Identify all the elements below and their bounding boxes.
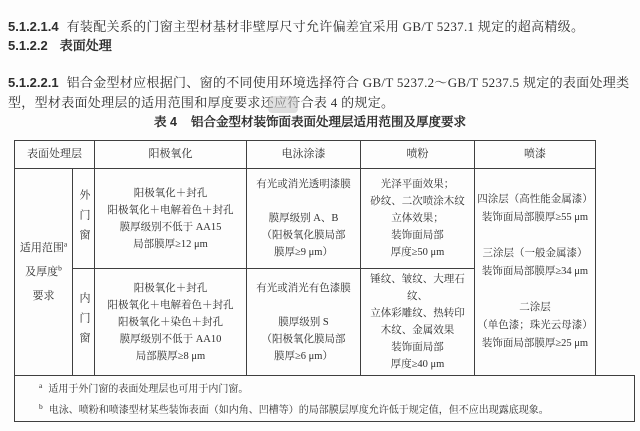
table-number: 表 4 [154,115,177,129]
footnote-a-marker: a [39,381,42,390]
cell-line: 阳极氧化＋封孔 [134,280,208,297]
cell-line: 有光或消光有色漆膜 [256,280,351,297]
cell-line: 阳极氧化＋电解着色＋封孔 [108,202,234,219]
table-title-text: 铝合金型材装饰面表面处理层适用范围及厚度要求 [191,115,466,129]
cell-line: 锤纹、皱纹、大理石纹、 [361,271,474,305]
cell-line: 厚度≥40 μm [391,356,445,373]
cell-electrophoretic-interior: 有光或消光有色漆膜 膜厚级别 S（阳极氧化膜局部膜厚≥6 μm） [247,269,361,375]
cell-line: 有光或消光透明漆膜 [256,176,351,193]
cell-line: 装饰面局部 [391,339,444,356]
cell-scope-thickness-label: 适用范围a 及厚度b 要求 [15,169,73,375]
cell-line: 木纹、金属效果 [381,322,455,339]
clause-number: 5.1.2.2.1 [8,75,59,90]
cell-powder-exterior: 光泽平面效果；砂纹、二次喷涂木纹立体效果；装饰面局部厚度≥50 μm [361,169,475,269]
cell-line: 膜厚级别 A、B [269,210,339,227]
cell-line: 局部膜厚≥8 μm [136,348,205,365]
cell-line: 阳极氧化＋染色＋封孔 [118,314,223,331]
section-heading: 5.1.2.2表面处理 [8,35,112,54]
cell-line: 局部膜厚≥12 μm [133,236,208,253]
cell-line: 膜厚级别不低于 AA10 [120,331,222,348]
paragraph-5-1-2-2-1: 5.1.2.2.1铝合金型材应根据门、窗的不同使用环境选择符合 GB/T 523… [8,73,636,113]
cell-anodizing-interior: 阳极氧化＋封孔阳极氧化＋电解着色＋封孔阳极氧化＋染色＋封孔膜厚级别不低于 AA1… [95,269,247,375]
cell-line: 三涂层（一般金属漆） [483,245,588,263]
cell-line: 装饰面局部 [391,227,444,244]
paragraph-5-1-2-1-4: 5.1.2.1.4有装配关系的门窗主型材基材非壁厚尺寸允许偏差宜采用 GB/T … [8,17,636,37]
header-paint-coating: 喷漆 [475,141,595,169]
cell-line [534,227,537,245]
heading-text: 表面处理 [60,38,112,53]
table-footnotes: a适用于外门窗的表面处理层也可用于内门窗。 b电泳、喷粉和喷漆型材某些装饰表面（… [14,375,635,422]
cell-interior-door-window: 内门窗 [73,269,95,375]
paragraph-text: 铝合金型材应根据门、窗的不同使用环境选择符合 GB/T 5237.2～GB/T … [8,75,629,110]
cell-electrophoretic-exterior: 有光或消光透明漆膜 膜厚级别 A、B（阳极氧化膜局部膜厚≥9 μm） [247,169,361,269]
cell-line: 装饰面局部膜厚≥25 μm [482,335,588,353]
cell-paint-coating-merged: 四涂层（高性能金属漆）装饰面局部膜厚≥55 μm 三涂层（一般金属漆）装饰面局部… [475,169,595,375]
cell-exterior-door-window: 外门窗 [73,169,95,269]
cell-line [534,281,537,299]
paragraph-text: 有装配关系的门窗主型材基材非壁厚尺寸允许偏差宜采用 GB/T 5237.1 规定… [67,19,585,34]
cell-line: 膜厚≥9 μm） [274,244,333,261]
header-surface-layer: 表面处理层 [15,141,95,169]
cell-line: 立体彩雕纹、热转印 [370,305,465,322]
cell-line: 四涂层（高性能金属漆） [477,191,593,209]
cell-powder-interior: 锤纹、皱纹、大理石纹、立体彩雕纹、热转印木纹、金属效果装饰面局部厚度≥40 μm [361,269,475,375]
cell-line: 厚度≥50 μm [391,244,445,261]
label-line-3: 要求 [33,284,55,308]
heading-number: 5.1.2.2 [8,38,48,53]
footnote-a-text: 适用于外门窗的表面处理层也可用于内门窗。 [48,384,248,395]
cell-line: 二涂层 [519,299,551,317]
document-page: 5.1.2.1.4有装配关系的门窗主型材基材非壁厚尺寸允许偏差宜采用 GB/T … [0,0,640,431]
header-powder-coating: 喷粉 [361,141,475,169]
cell-line: 阳极氧化＋封孔 [134,185,208,202]
table-title: 表 4铝合金型材装饰面表面处理层适用范围及厚度要求 [0,112,620,130]
cell-line: 光泽平面效果； [381,176,455,193]
cell-line: （单色漆；珠光云母漆） [477,317,593,335]
label-line-2: 及厚度b [25,260,62,284]
label-line-1: 适用范围a [20,236,67,260]
header-electrophoretic-coating: 电泳涂漆 [247,141,361,169]
cell-line: 膜厚级别 S [278,314,328,331]
table-4: 表面处理层 阳极氧化 电泳涂漆 喷粉 喷漆 适用范围a 及厚度b 要求 外门窗 … [14,140,596,375]
cell-line: 阳极氧化＋电解着色＋封孔 [108,297,234,314]
cell-line: （阳极氧化膜局部 [262,227,346,244]
cell-line: 膜厚级别不低于 AA15 [120,219,222,236]
cell-anodizing-exterior: 阳极氧化＋封孔阳极氧化＋电解着色＋封孔膜厚级别不低于 AA15局部膜厚≥12 μ… [95,169,247,269]
cell-line [302,297,305,314]
cell-line: 立体效果； [391,210,444,227]
footnote-b-text: 电泳、喷粉和喷漆型材某些装饰表面（如内角、凹槽等）的局部膜层厚度允许低于规定值，… [49,405,549,416]
cell-line: 装饰面局部膜厚≥34 μm [482,263,588,281]
footnote-ref-a: a [64,239,67,248]
cell-line: 装饰面局部膜厚≥55 μm [482,209,588,227]
footnote-b-marker: b [39,402,43,411]
header-anodizing: 阳极氧化 [95,141,247,169]
cell-line: 砂纹、二次喷涂木纹 [370,193,465,210]
clause-number: 5.1.2.1.4 [8,19,59,34]
cell-line: 膜厚≥6 μm） [274,348,333,365]
footnote-ref-b: b [58,263,62,272]
cell-line: （阳极氧化膜局部 [262,331,346,348]
cell-line [302,193,305,210]
scan-watermark-blob [268,96,298,113]
footnote-b: b电泳、喷粉和喷漆型材某些装饰表面（如内角、凹槽等）的局部膜层厚度允许低于规定值… [15,400,634,421]
footnote-a: a适用于外门窗的表面处理层也可用于内门窗。 [15,379,634,400]
